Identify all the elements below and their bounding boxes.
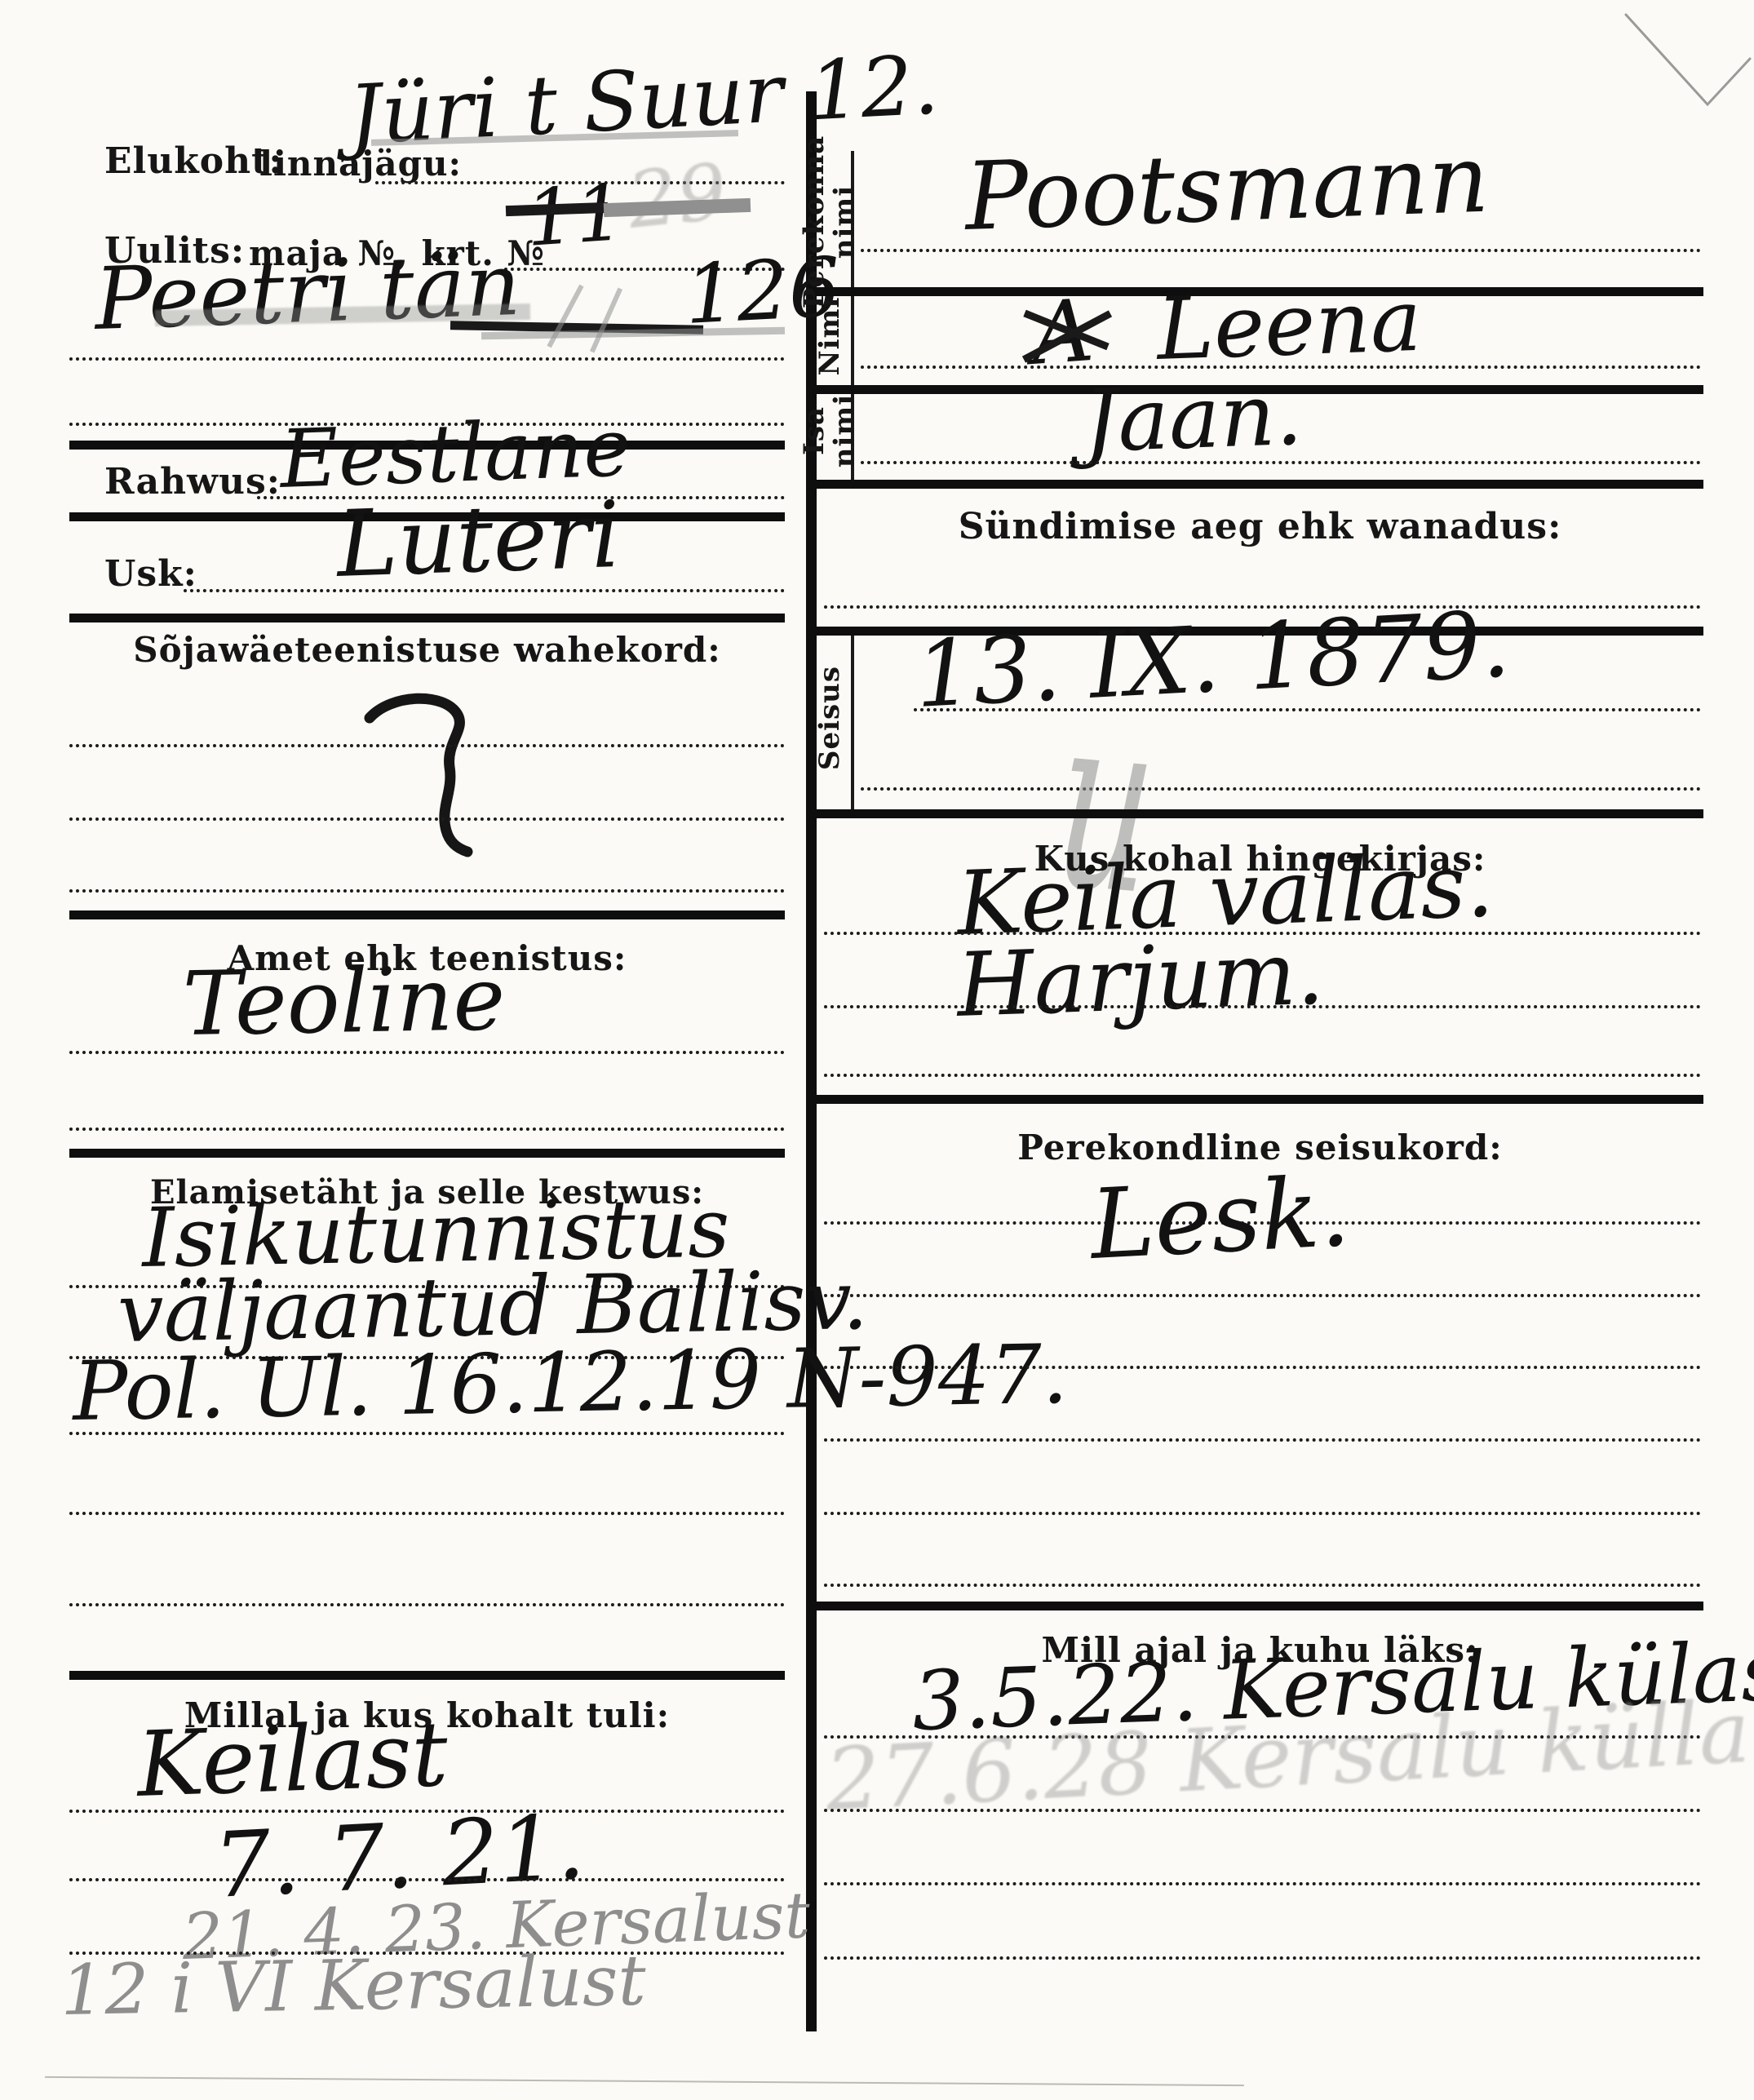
- section-rule: [69, 1671, 785, 1680]
- dotted-line: [69, 1512, 785, 1515]
- dotted-line: [69, 817, 785, 821]
- dotted-line: [824, 1512, 1701, 1515]
- isanimi-rotated-label: Isa nimi: [797, 366, 862, 496]
- section-rule: [817, 1095, 1703, 1104]
- dotted-line: [69, 1432, 785, 1435]
- dotted-line: [824, 1584, 1701, 1587]
- house-number-pencil: 29: [624, 153, 730, 241]
- dotted-line: [861, 249, 1701, 252]
- dotted-line: [914, 708, 1701, 711]
- isanimi-label-line2: nimi: [830, 394, 860, 468]
- seisukord-handwritten-value: Lesk.: [1088, 1163, 1353, 1273]
- dotted-line: [824, 1438, 1701, 1442]
- dotted-line: [824, 1956, 1701, 1960]
- dotted-line: [184, 589, 785, 592]
- birth-section-header: Sündimise aeg ehk wanadus:: [817, 506, 1703, 547]
- amet-handwritten-value: Teoline: [182, 955, 506, 1049]
- nimi-label: Nimi: [815, 297, 845, 376]
- tuli-line4-pencil: 12 i VI Kersalust: [60, 1946, 647, 2026]
- surname-handwritten-value: Pootsmann: [963, 133, 1490, 245]
- pencil-scribble: [547, 285, 583, 348]
- dotted-line: [69, 1051, 785, 1054]
- dotted-line: [824, 1074, 1701, 1077]
- fathername-handwritten-value: Jaan.: [1082, 372, 1304, 465]
- dotted-line: [824, 1366, 1701, 1369]
- section-rule: [69, 1149, 785, 1158]
- dotted-line: [824, 1005, 1701, 1008]
- dotted-line: [69, 1128, 785, 1131]
- pencil-scribble: [590, 287, 622, 352]
- section-rule: [817, 809, 1703, 818]
- usk-handwritten-value: Luteri: [335, 490, 622, 591]
- dotted-line: [861, 787, 1701, 791]
- section-rule: [817, 1602, 1703, 1610]
- dotted-line: [824, 1882, 1701, 1885]
- hingekirjas-line2: Harjum.: [955, 929, 1325, 1030]
- isanimi-label-line1: Isa: [799, 406, 830, 455]
- elukoht-label: Elukoht:: [104, 140, 283, 182]
- paper-crease-line: [45, 2076, 1244, 2086]
- seisus-rotated-label: Seisus: [809, 628, 850, 808]
- dotted-line: [861, 461, 1701, 464]
- section-rule: [69, 910, 785, 919]
- section-rule: [817, 480, 1703, 489]
- dotted-line: [824, 1809, 1701, 1812]
- dotted-line: [69, 1603, 785, 1606]
- tuli-line1: Keilast: [135, 1709, 450, 1810]
- dotted-line: [69, 744, 785, 747]
- dotted-line: [69, 889, 785, 893]
- dotted-line: [69, 1878, 785, 1881]
- birthdate-handwritten-value: 13. IX. 1879.: [913, 599, 1512, 721]
- elamisetaht-line3: Pol. Ul. 16.12.19 N-947.: [72, 1334, 1068, 1433]
- section-rule: [69, 614, 785, 622]
- perekonnanimi-label-line2: nimi: [830, 185, 860, 259]
- military-section-header: Sõjawäeteenistuse wahekord:: [69, 630, 785, 670]
- military-squiggle-mark: [355, 692, 485, 863]
- dotted-line: [69, 357, 785, 361]
- registration-card: Elukoht: linnajägu: Jüri t Suur 12. Uuli…: [0, 0, 1754, 2100]
- firstname-handwritten-value: Leena: [1155, 278, 1423, 373]
- seisus-label: Seisus: [815, 666, 845, 770]
- dotted-line: [824, 1294, 1701, 1297]
- label-separator-line: [851, 636, 854, 809]
- firstname-struck-initial: A: [1029, 288, 1096, 378]
- corner-crease-mark: [1611, 8, 1754, 118]
- rahwus-label: Rahwus:: [104, 461, 281, 503]
